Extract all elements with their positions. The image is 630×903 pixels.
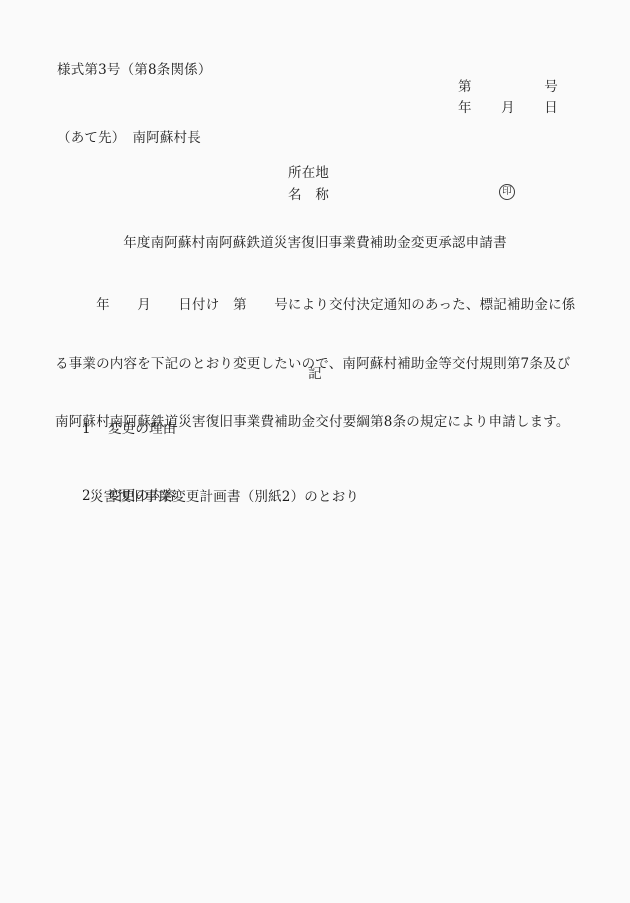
notes-heading: 記 (0, 365, 630, 385)
note-item-number: 1 (82, 420, 108, 440)
doc-number-suffix: 号 (544, 78, 558, 98)
seal-mark-character: 印 (502, 187, 512, 197)
note-item-1: 1変更の理由 (64, 400, 176, 459)
date-year-label: 年 (458, 99, 472, 119)
note-item-2-detail: 災害復旧事業変更計画書（別紙2）のとおり (90, 488, 359, 508)
date-month-label: 月 (501, 99, 515, 119)
date-day-label: 日 (544, 99, 558, 119)
document-page: 様式第3号（第8条関係） 第 号 年 月 日 （あて先） 南阿蘇村長 所在地 名… (0, 0, 630, 903)
date-line: 年 月 日 (458, 99, 558, 119)
applicant-name-label: 名 称 (288, 186, 329, 206)
applicant-address-label: 所在地 (288, 164, 329, 184)
document-title: 年度南阿蘇村南阿蘇鉄道災害復旧事業費補助金変更承認申請書 (0, 234, 630, 254)
form-number-label: 様式第3号（第8条関係） (57, 61, 212, 81)
doc-number-prefix: 第 (458, 78, 472, 98)
document-number-line: 第 号 (458, 78, 558, 98)
seal-mark-icon: 印 (499, 184, 515, 200)
note-item-label: 変更の理由 (108, 421, 177, 437)
body-paragraph-line: 年 月 日付け 第 号により交付決定通知のあった、標記補助金に係 (55, 296, 575, 315)
addressee-line: （あて先） 南阿蘇村長 (57, 129, 201, 149)
